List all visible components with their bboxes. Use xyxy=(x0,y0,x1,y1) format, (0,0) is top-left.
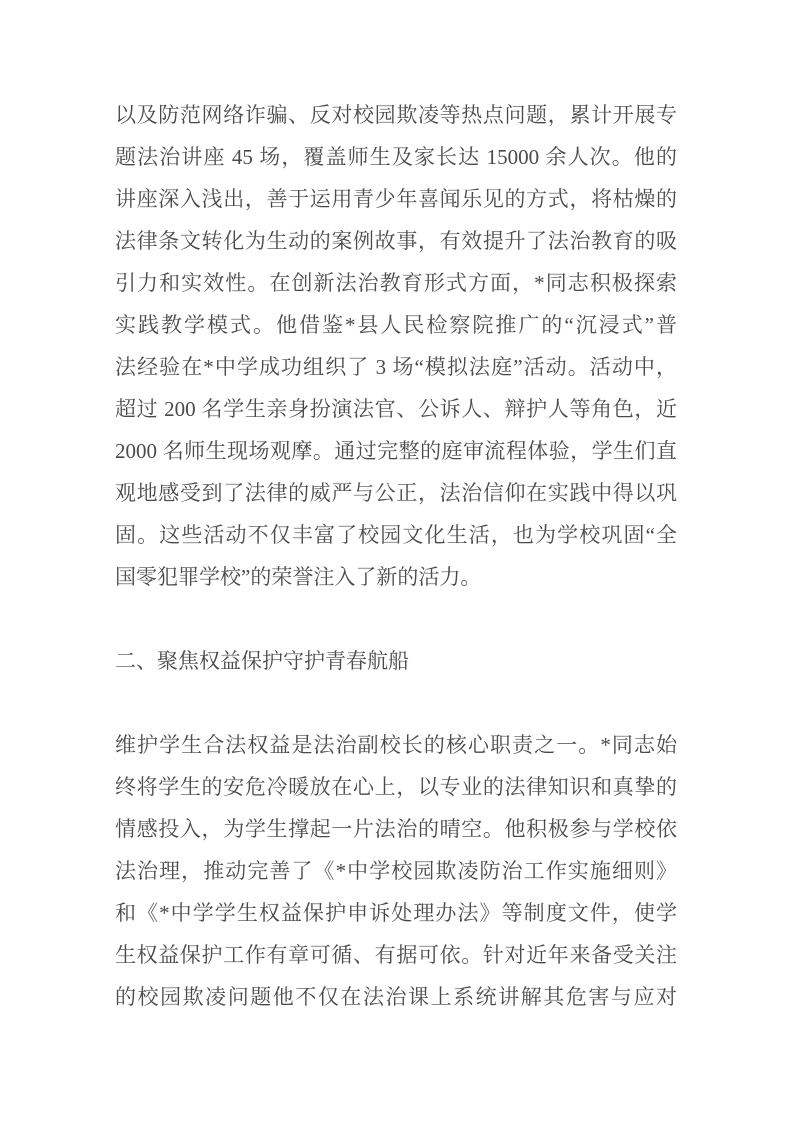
document-content: 以及防范网络诈骗、反对校园欺凌等热点问题，累计开展专 题法治讲座 45 场，覆盖… xyxy=(115,94,677,1018)
section-heading: 二、聚焦权益保护守护青春航船 xyxy=(115,640,677,682)
text-line: 固。这些活动不仅丰富了校园文化生活，也为学校巩固“全 xyxy=(115,514,677,556)
text-line: 观地感受到了法律的威严与公正，法治信仰在实践中得以巩 xyxy=(115,472,677,514)
text-line: 讲座深入浅出，善于运用青少年喜闻乐见的方式，将枯燥的 xyxy=(115,178,677,220)
text-line: 情感投入，为学生撑起一片法治的晴空。他积极参与学校依 xyxy=(115,808,677,850)
text-line: 国零犯罪学校”的荣誉注入了新的活力。 xyxy=(115,556,677,598)
text-line: 法经验在*中学成功组织了 3 场“模拟法庭”活动。活动中， xyxy=(115,346,677,388)
text-line: 法治理，推动完善了《*中学校园欺凌防治工作实施细则》 xyxy=(115,850,677,892)
text-line: 维护学生合法权益是法治副校长的核心职责之一。*同志始 xyxy=(115,724,677,766)
text-line: 实践教学模式。他借鉴*县人民检察院推广的“沉浸式”普 xyxy=(115,304,677,346)
text-line: 2000 名师生现场观摩。通过完整的庭审流程体验，学生们直 xyxy=(115,430,677,472)
text-line: 的校园欺凌问题他不仅在法治课上系统讲解其危害与应对 xyxy=(115,976,677,1018)
paragraph-spacer xyxy=(115,682,677,724)
text-line: 和《*中学学生权益保护申诉处理办法》等制度文件，使学 xyxy=(115,892,677,934)
paragraph-1: 以及防范网络诈骗、反对校园欺凌等热点问题，累计开展专 题法治讲座 45 场，覆盖… xyxy=(115,94,677,598)
text-line: 生权益保护工作有章可循、有据可依。针对近年来备受关注 xyxy=(115,934,677,976)
text-line: 终将学生的安危冷暖放在心上，以专业的法律知识和真挚的 xyxy=(115,766,677,808)
paragraph-2: 维护学生合法权益是法治副校长的核心职责之一。*同志始 终将学生的安危冷暖放在心上… xyxy=(115,724,677,1018)
text-line: 以及防范网络诈骗、反对校园欺凌等热点问题，累计开展专 xyxy=(115,94,677,136)
text-line: 法律条文转化为生动的案例故事，有效提升了法治教育的吸 xyxy=(115,220,677,262)
paragraph-spacer xyxy=(115,598,677,640)
text-line: 引力和实效性。在创新法治教育形式方面，*同志积极探索 xyxy=(115,262,677,304)
document-page: 以及防范网络诈骗、反对校园欺凌等热点问题，累计开展专 题法治讲座 45 场，覆盖… xyxy=(0,0,793,1122)
text-line: 题法治讲座 45 场，覆盖师生及家长达 15000 余人次。他的 xyxy=(115,136,677,178)
text-line: 超过 200 名学生亲身扮演法官、公诉人、辩护人等角色，近 xyxy=(115,388,677,430)
